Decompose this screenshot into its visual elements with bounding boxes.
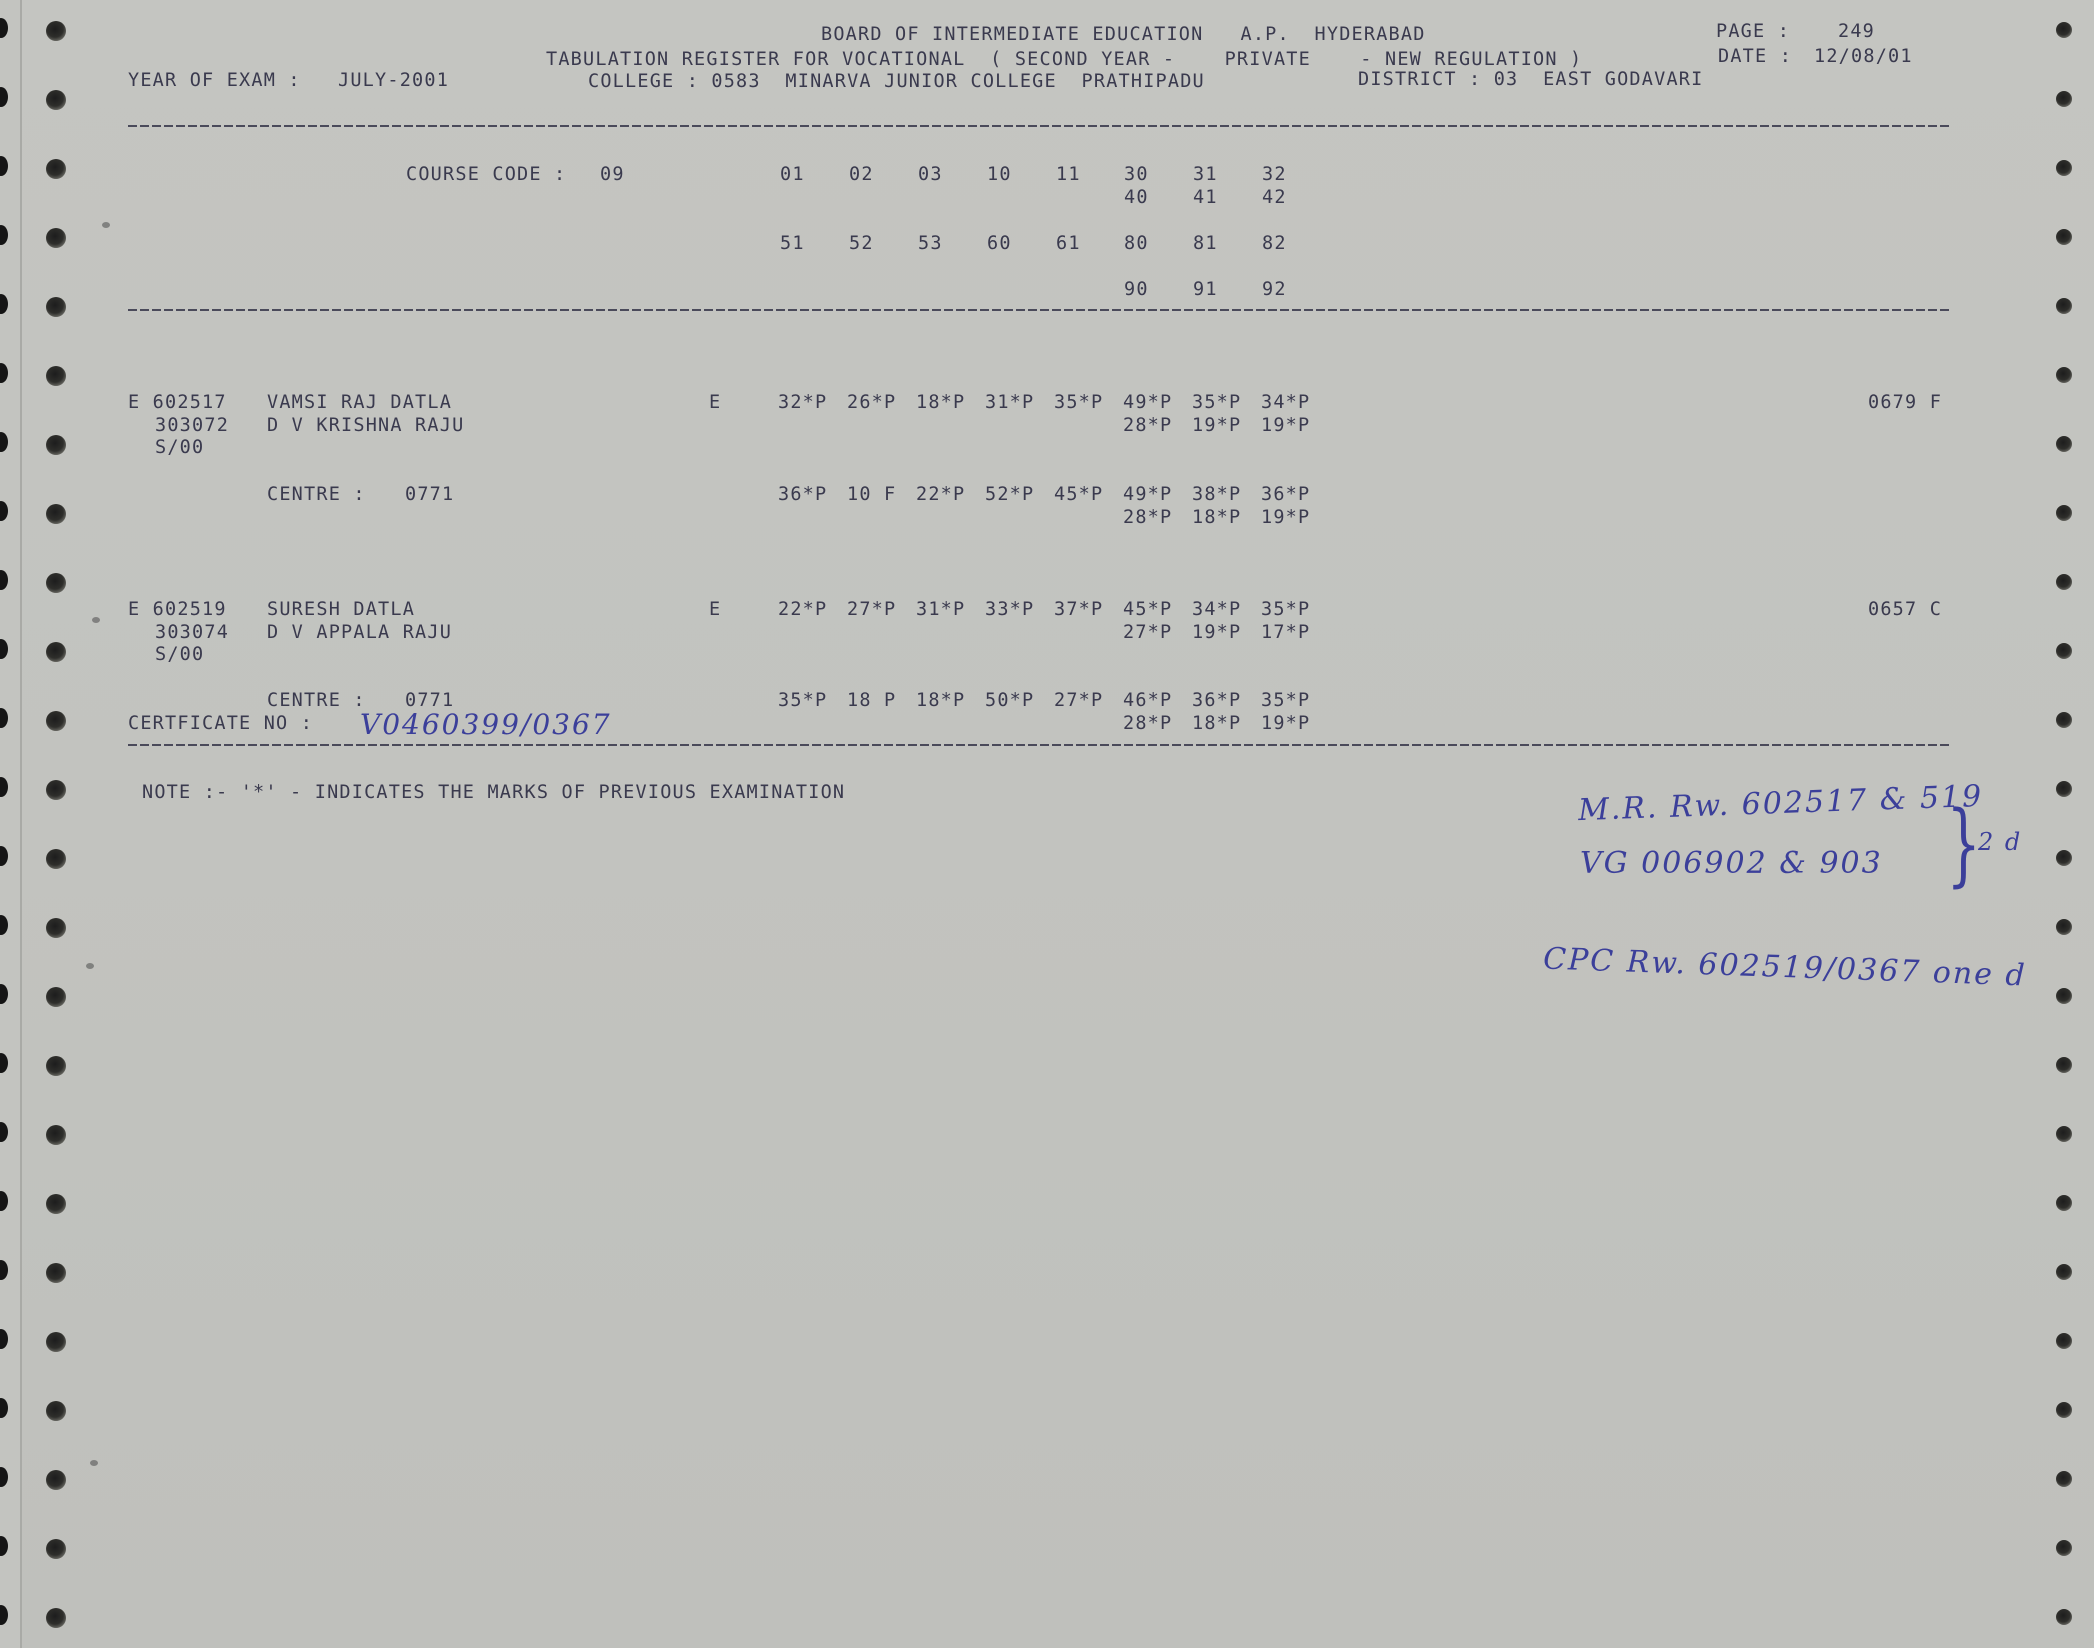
- certificate-label: CERTFICATE NO :: [128, 713, 313, 735]
- student-name: SURESH DATLA: [267, 599, 415, 621]
- strip-hole: [0, 1122, 8, 1142]
- medium: E: [709, 392, 721, 414]
- register-title: TABULATION REGISTER FOR VOCATIONAL ( SEC…: [546, 49, 1582, 71]
- divider-line: [128, 744, 1952, 746]
- year-label: YEAR OF EXAM :: [128, 70, 301, 92]
- status-code: S/00: [155, 644, 204, 666]
- strip-hole: [0, 1467, 8, 1487]
- hall-ticket: E 602519: [128, 599, 227, 621]
- page-number: 249: [1838, 21, 1875, 43]
- strip-hole: [0, 1260, 8, 1280]
- strip-hole: [0, 846, 8, 866]
- strip-hole: [0, 1191, 8, 1211]
- year-value: JULY-2001: [338, 70, 449, 92]
- student-name: VAMSI RAJ DATLA: [267, 392, 452, 414]
- father-name: D V APPALA RAJU: [267, 622, 452, 644]
- reg-no: 303074: [155, 622, 229, 644]
- centre-value: 0771: [405, 484, 454, 506]
- strip-hole: [0, 225, 8, 245]
- handwritten-brace-label: 2 d: [1978, 828, 2022, 856]
- handwritten-note-line2: VG 006902 & 903: [1580, 846, 1883, 881]
- strip-hole: [0, 1605, 8, 1625]
- centre-label: CENTRE :: [267, 484, 366, 506]
- staple-mark: [102, 222, 110, 228]
- status-code: S/00: [155, 437, 204, 459]
- footnote: NOTE :- '*' - INDICATES THE MARKS OF PRE…: [142, 782, 845, 804]
- handwritten-brace-icon: }: [1946, 800, 1980, 890]
- date-value: 12/08/01: [1814, 46, 1913, 68]
- reg-no: 303072: [155, 415, 229, 437]
- staple-mark: [86, 963, 94, 969]
- strip-hole: [0, 1536, 8, 1556]
- staple-mark: [90, 1460, 98, 1466]
- divider-line: [128, 125, 1952, 127]
- college-info: COLLEGE : 0583 MINARVA JUNIOR COLLEGE PR…: [588, 71, 1205, 93]
- tractor-feed-strip: [0, 0, 22, 1648]
- strip-hole: [0, 432, 8, 452]
- strip-hole: [0, 156, 8, 176]
- hall-ticket: E 602517: [128, 392, 227, 414]
- strip-hole: [0, 294, 8, 314]
- strip-hole: [0, 18, 8, 38]
- strip-hole: [0, 501, 8, 521]
- strip-hole: [0, 639, 8, 659]
- staple-mark: [92, 617, 100, 623]
- strip-hole: [0, 87, 8, 107]
- medium: E: [709, 599, 721, 621]
- total-result: 0657 C: [1868, 599, 1942, 621]
- centre-label: CENTRE :: [267, 690, 366, 712]
- course-code-label: COURSE CODE :: [406, 164, 566, 186]
- strip-hole: [0, 1053, 8, 1073]
- strip-hole: [0, 915, 8, 935]
- father-name: D V KRISHNA RAJU: [267, 415, 464, 437]
- total-result: 0679 F: [1868, 392, 1942, 414]
- strip-hole: [0, 1398, 8, 1418]
- strip-hole: [0, 1329, 8, 1349]
- board-title: BOARD OF INTERMEDIATE EDUCATION A.P. HYD…: [821, 24, 1426, 46]
- strip-hole: [0, 363, 8, 383]
- strip-hole: [0, 984, 8, 1004]
- strip-hole: [0, 777, 8, 797]
- divider-line: [128, 309, 1952, 311]
- date-label: DATE :: [1718, 46, 1792, 68]
- certificate-number-handwritten: V0460399/0367: [360, 708, 612, 741]
- page-label: PAGE :: [1716, 21, 1790, 43]
- course-code-value: 09: [600, 164, 625, 186]
- district-info: DISTRICT : 03 EAST GODAVARI: [1358, 69, 1703, 91]
- strip-hole: [0, 570, 8, 590]
- strip-hole: [0, 708, 8, 728]
